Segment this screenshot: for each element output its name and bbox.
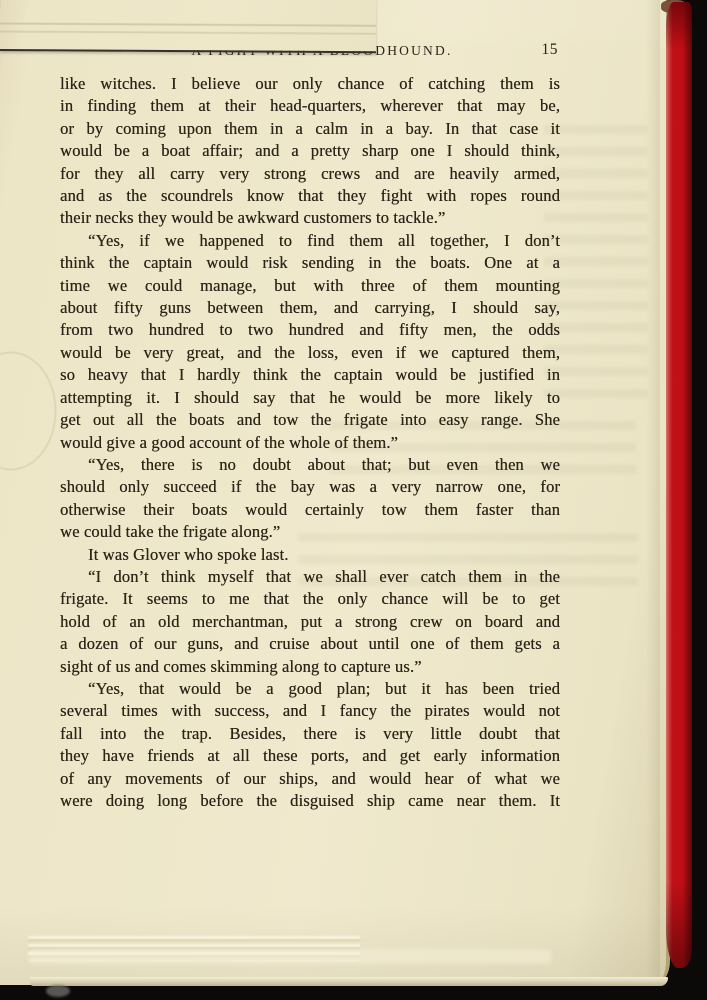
page-bottom-edge bbox=[30, 977, 668, 986]
book-page: A FIGHT WITH A BLOODHOUND. 15 like witch… bbox=[0, 0, 670, 985]
text-line: so heavy that I hardly think the captain… bbox=[60, 364, 560, 386]
text-line: for they all carry very strong crews and… bbox=[60, 163, 560, 185]
text-line: fall into the trap. Besides, there is ve… bbox=[60, 723, 560, 745]
text-line: would give a good account of the whole o… bbox=[60, 432, 560, 454]
text-line: attempting it. I should say that he woul… bbox=[60, 387, 560, 409]
text-line: sight of us and comes skimming along to … bbox=[60, 656, 560, 678]
text-line: several times with success, and I fancy … bbox=[60, 700, 560, 722]
text-line: we could take the frigate along.” bbox=[60, 521, 560, 543]
text-line: of any movements of our ships, and would… bbox=[60, 768, 560, 790]
text-line: their necks they would be awkward custom… bbox=[60, 207, 560, 229]
page-number: 15 bbox=[542, 41, 559, 59]
text-line: otherwise their boats would certainly to… bbox=[60, 499, 560, 521]
text-line: were doing long before the disguised shi… bbox=[60, 790, 560, 812]
overlapping-page-edge bbox=[0, 0, 376, 53]
book-scan: A FIGHT WITH A BLOODHOUND. 15 like witch… bbox=[0, 0, 707, 1000]
text-line: like witches. I believe our only chance … bbox=[60, 73, 560, 95]
text-line: would be very great, and the loss, even … bbox=[60, 342, 560, 364]
page-edge-band bbox=[28, 949, 552, 964]
body-text: like witches. I believe our only chance … bbox=[60, 73, 560, 812]
text-line: “Yes, that would be a good plan; but it … bbox=[60, 678, 560, 700]
text-line: frigate. It seems to me that the only ch… bbox=[60, 588, 560, 610]
text-line: “Yes, there is no doubt about that; but … bbox=[60, 454, 560, 476]
text-line: “I don’t think myself that we shall ever… bbox=[60, 566, 560, 588]
text-line: It was Glover who spoke last. bbox=[60, 544, 560, 566]
text-line: a dozen of our guns, and cruise about un… bbox=[60, 633, 560, 655]
text-line: time we could manage, but with three of … bbox=[60, 275, 560, 297]
text-line: in finding them at their head-quarters, … bbox=[60, 95, 560, 117]
text-line: get out all the boats and tow the frigat… bbox=[60, 409, 560, 431]
text-line: about fifty guns between them, and carry… bbox=[60, 297, 560, 319]
book-cover-edge bbox=[666, 2, 692, 968]
text-line: would be a boat affair; and a pretty sha… bbox=[60, 140, 560, 162]
text-line: think the captain would risk sending in … bbox=[60, 252, 560, 274]
text-line: or by coming upon them in a calm in a ba… bbox=[60, 118, 560, 140]
text-line: they have friends at all these ports, an… bbox=[60, 745, 560, 767]
text-line: “Yes, if we happened to find them all to… bbox=[60, 230, 560, 252]
text-line: and as the scoundrels know that they fig… bbox=[60, 185, 560, 207]
paper-stain bbox=[0, 352, 56, 470]
text-line: from two hundred to two hundred and fift… bbox=[60, 319, 560, 341]
text-line: should only succeed if the bay was a ver… bbox=[60, 476, 560, 498]
binding-highlight bbox=[46, 985, 70, 997]
text-line: hold of an old merchantman, put a strong… bbox=[60, 611, 560, 633]
